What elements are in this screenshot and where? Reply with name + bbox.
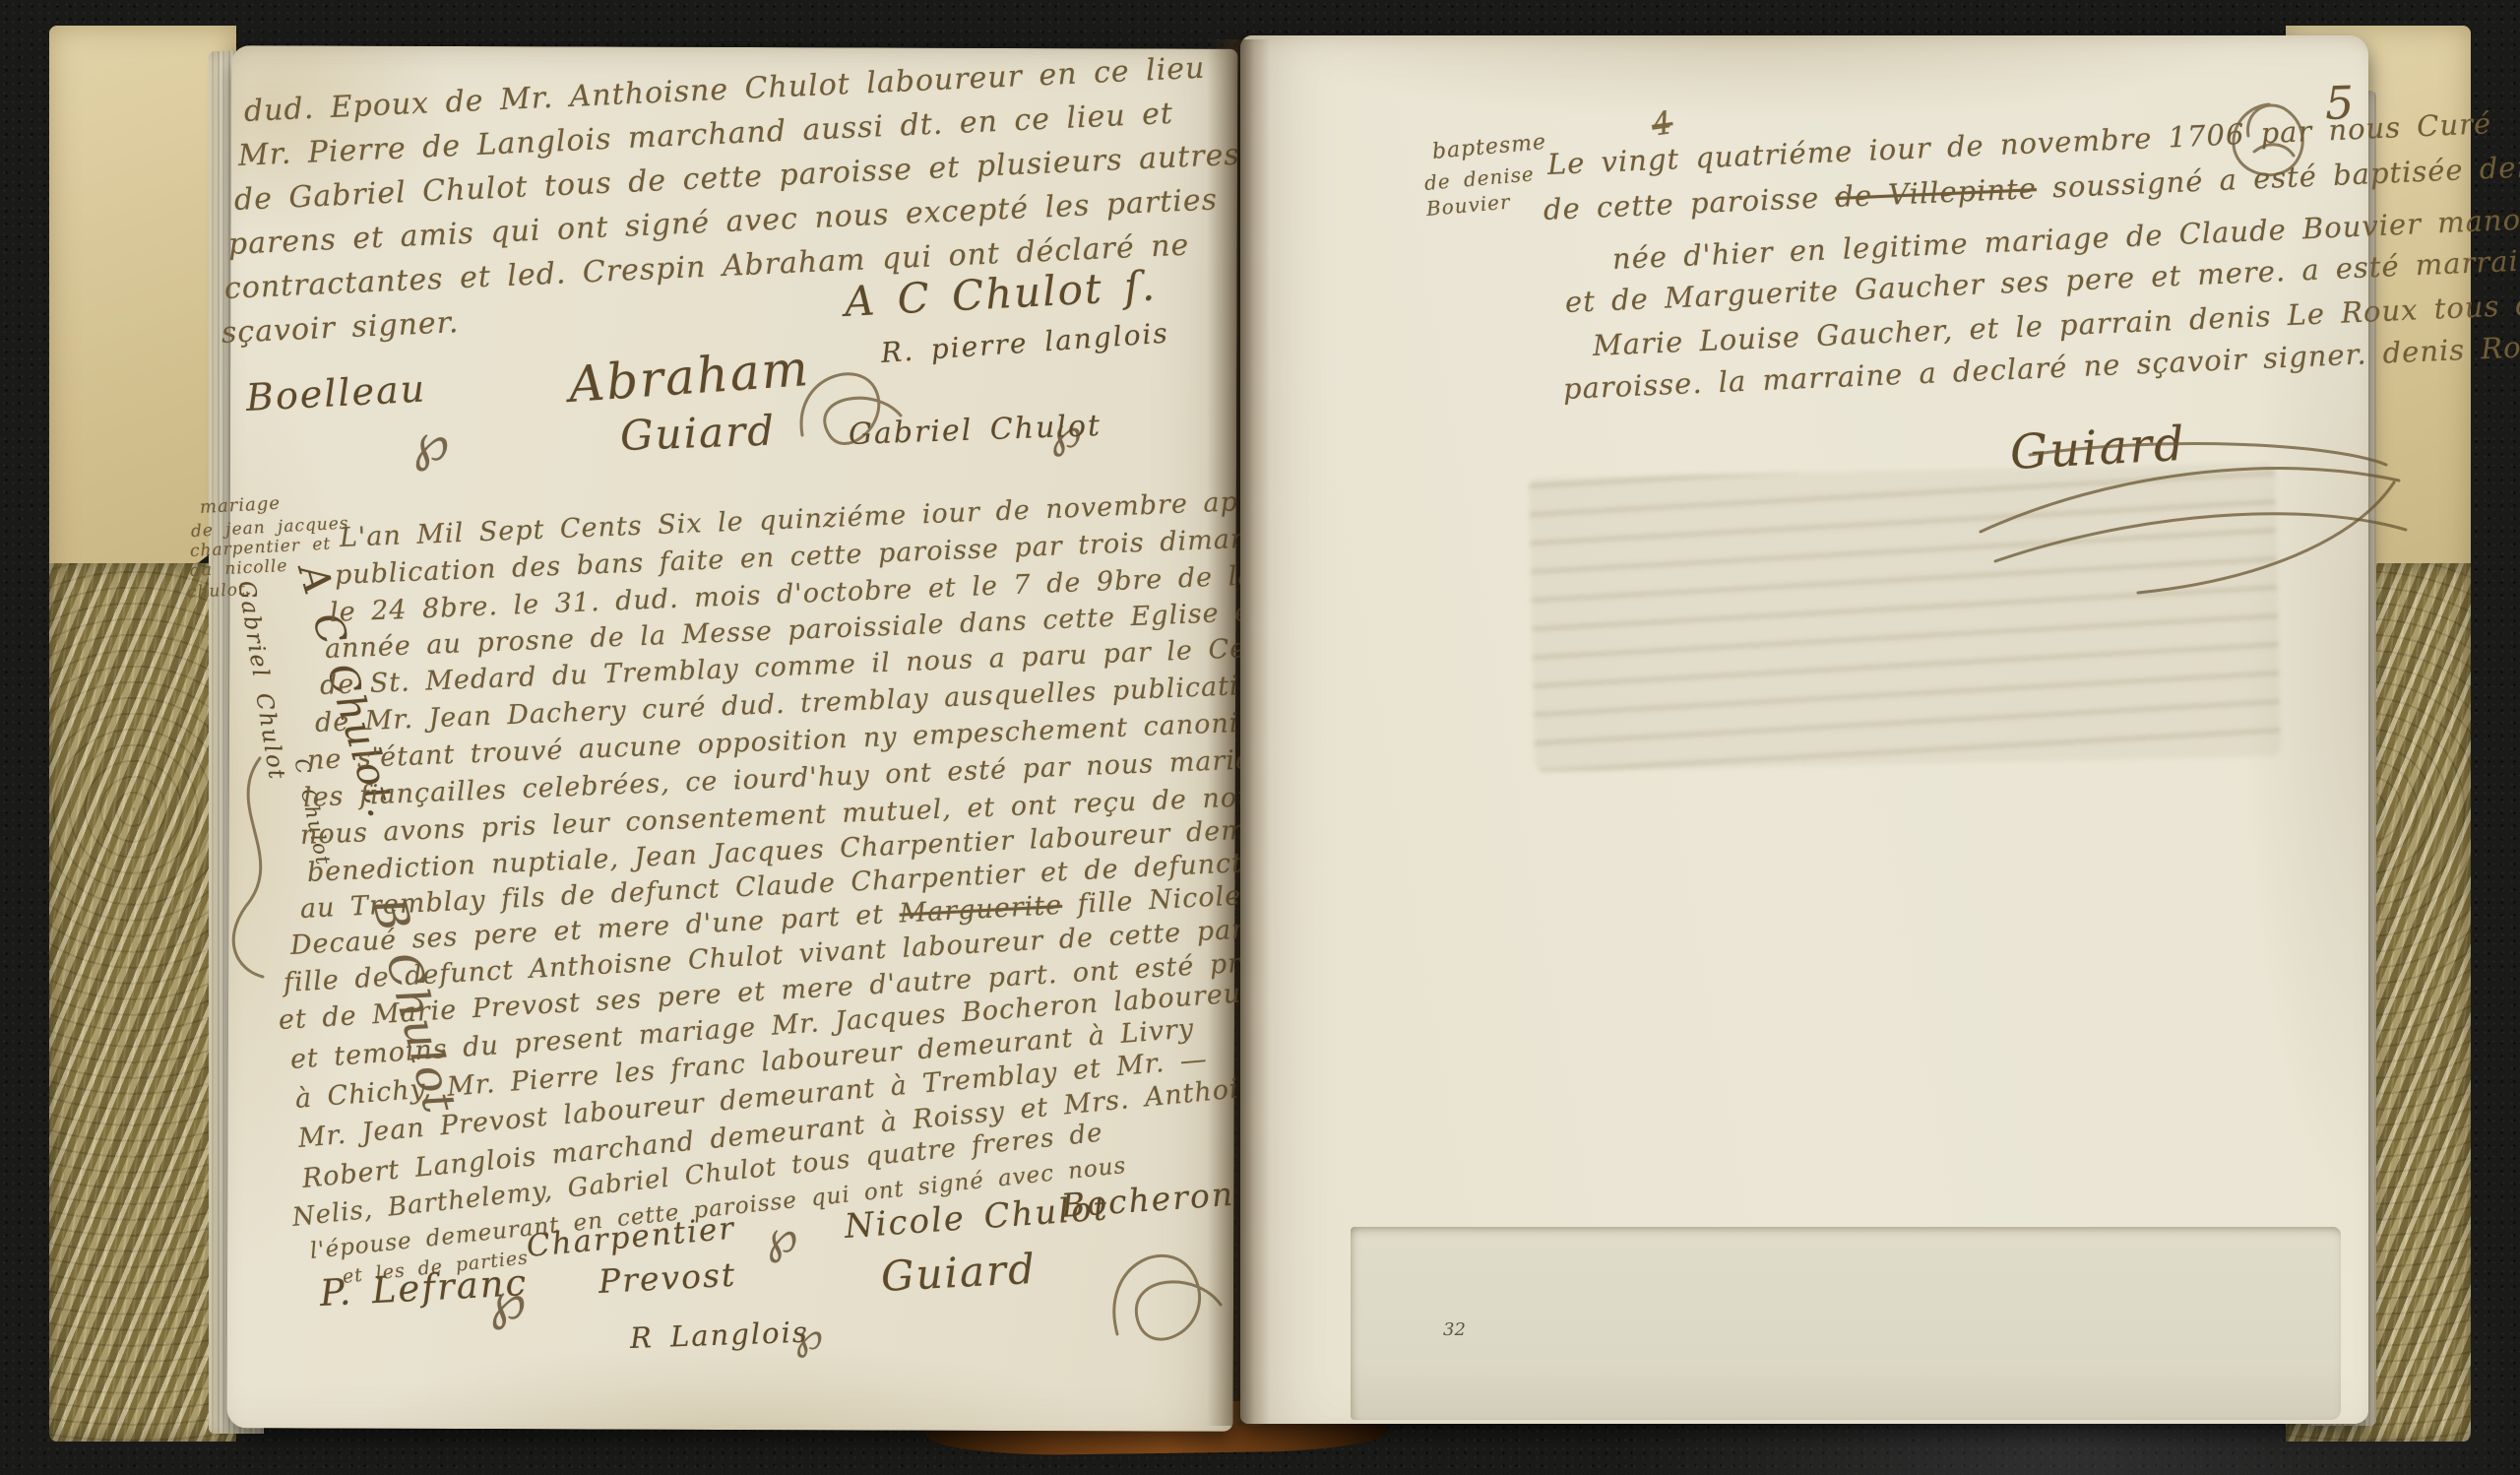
- signature-cure: Guiard: [619, 406, 777, 459]
- gutter-shadow: [1207, 39, 1270, 1426]
- underlying-page-corner: [1351, 1227, 2341, 1420]
- margin-flourish: [219, 748, 278, 985]
- signature-cure-bottom: Guiard: [880, 1245, 1038, 1301]
- paraph-mark: ℘: [764, 1208, 802, 1264]
- paraph-mark: ℘: [1051, 408, 1084, 458]
- photograph-background: dud. Epoux de Mr. Anthoisne Chulot labou…: [0, 0, 2520, 1475]
- paraph-mark: ℘: [795, 1314, 825, 1359]
- margin-note-line: mariage: [199, 493, 281, 518]
- signature-r-langlois: R Langlois: [629, 1315, 809, 1355]
- signature-prevost: Prevost: [598, 1255, 737, 1301]
- pencil-page-number: 32: [1443, 1319, 1466, 1340]
- signature-flourish: [1961, 414, 2424, 601]
- paraph-mark: ℘: [490, 1272, 528, 1331]
- paraph-mark: ℘: [413, 414, 451, 473]
- paraph-flourish: [783, 347, 920, 475]
